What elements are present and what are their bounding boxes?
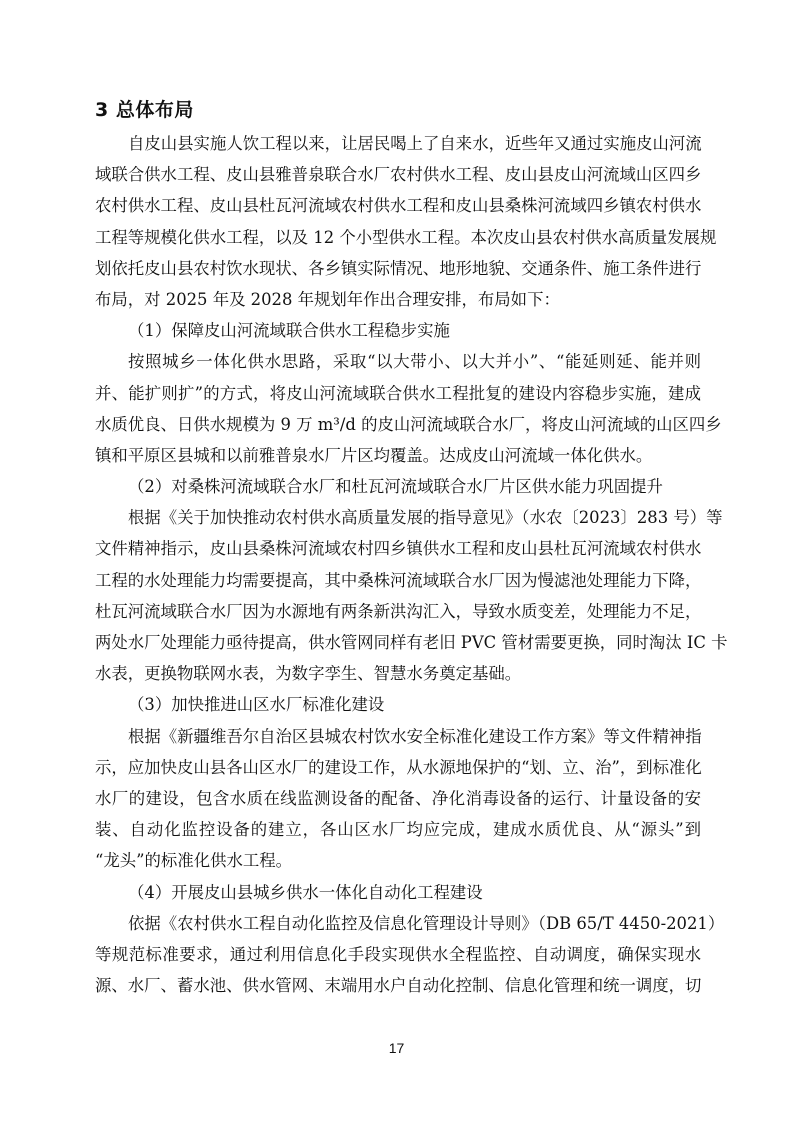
text-line: 按照城乡一体化供水思路，采取“以大带小、以大并小”、“能延则延、能并则 [95,346,701,377]
text-line: 源、水厂、蓄水池、供水管网、末端用水户自动化控制、信息化管理和统一调度，切 [95,970,701,1001]
text-line: 根据《关于加快推动农村供水高质量发展的指导意见》（水农〔2023〕283 号）等 [95,502,701,533]
document-page: 3 总体布局 自皮山县实施人饮工程以来，让居民喝上了自来水，近些年又通过实施皮山… [95,96,701,1001]
text-line: 镇和平原区县城和以前雅普泉水厂片区均覆盖。达成皮山河流域一体化供水。 [95,440,701,471]
text-line: 域联合供水工程、皮山县雅普泉联合水厂农村供水工程、皮山县皮山河流域山区四乡 [95,159,701,190]
paragraph-intro: 自皮山县实施人饮工程以来，让居民喝上了自来水，近些年又通过实施皮山河流 域联合供… [95,128,701,315]
text-line: 并、能扩则扩”的方式，将皮山河流域联合供水工程批复的建设内容稳步实施，建成 [95,378,701,409]
text-line: 工程等规模化供水工程，以及 12 个小型供水工程。本次皮山县农村供水高质量发展规 [95,222,701,253]
text-line: 农村供水工程、皮山县杜瓦河流域农村供水工程和皮山县桑株河流域四乡镇农村供水 [95,190,701,221]
paragraph-1: 按照城乡一体化供水思路，采取“以大带小、以大并小”、“能延则延、能并则 并、能扩… [95,346,701,471]
text-line: “龙头”的标准化供水工程。 [95,845,701,876]
subheading-2: （2）对桑株河流域联合水厂和杜瓦河流域联合水厂片区供水能力巩固提升 [95,471,701,502]
page-number: 17 [0,1040,793,1056]
paragraph-2: 根据《关于加快推动农村供水高质量发展的指导意见》（水农〔2023〕283 号）等… [95,502,701,689]
text-line: 等规范标准要求，通过利用信息化手段实现供水全程监控、自动调度，确保实现水 [95,939,701,970]
text-line: 划依托皮山县农村饮水现状、各乡镇实际情况、地形地貌、交通条件、施工条件进行 [95,253,701,284]
text-line: 工程的水处理能力均需要提高，其中桑株河流域联合水厂因为慢滤池处理能力下降， [95,565,701,596]
text-line: 自皮山县实施人饮工程以来，让居民喝上了自来水，近些年又通过实施皮山河流 [95,128,701,159]
text-line: 水厂的建设，包含水质在线监测设备的配备、净化消毒设备的运行、计量设备的安 [95,783,701,814]
subheading-3: （3）加快推进山区水厂标准化建设 [95,689,701,720]
text-line: 两处水厂处理能力亟待提高，供水管网同样有老旧 PVC 管材需要更换，同时淘汰 I… [95,627,701,658]
text-line: 杜瓦河流域联合水厂因为水源地有两条新洪沟汇入，导致水质变差，处理能力不足， [95,596,701,627]
text-line: 文件精神指示，皮山县桑株河流域农村四乡镇供水工程和皮山县杜瓦河流域农村供水 [95,533,701,564]
subheading-4: （4）开展皮山县城乡供水一体化自动化工程建设 [95,877,701,908]
paragraph-3: 根据《新疆维吾尔自治区县城农村饮水安全标准化建设工作方案》等文件精神指 示，应加… [95,721,701,877]
text-line: 依据《农村供水工程自动化监控及信息化管理设计导则》（DB 65/T 4450-2… [95,908,701,939]
text-line: 水质优良、日供水规模为 9 万 m³/d 的皮山河流域联合水厂，将皮山河流域的山… [95,409,701,440]
paragraph-4: 依据《农村供水工程自动化监控及信息化管理设计导则》（DB 65/T 4450-2… [95,908,701,1002]
section-heading: 3 总体布局 [95,96,701,124]
text-line: 示，应加快皮山县各山区水厂的建设工作，从水源地保护的“划、立、治”，到标准化 [95,752,701,783]
text-line: 布局，对 2025 年及 2028 年规划年作出合理安排，布局如下： [95,284,701,315]
subheading-1: （1）保障皮山河流域联合供水工程稳步实施 [95,315,701,346]
text-line: 水表，更换物联网水表，为数字孪生、智慧水务奠定基础。 [95,658,701,689]
text-line: 装、自动化监控设备的建立，各山区水厂均应完成，建成水质优良、从“源头”到 [95,814,701,845]
text-line: 根据《新疆维吾尔自治区县城农村饮水安全标准化建设工作方案》等文件精神指 [95,721,701,752]
